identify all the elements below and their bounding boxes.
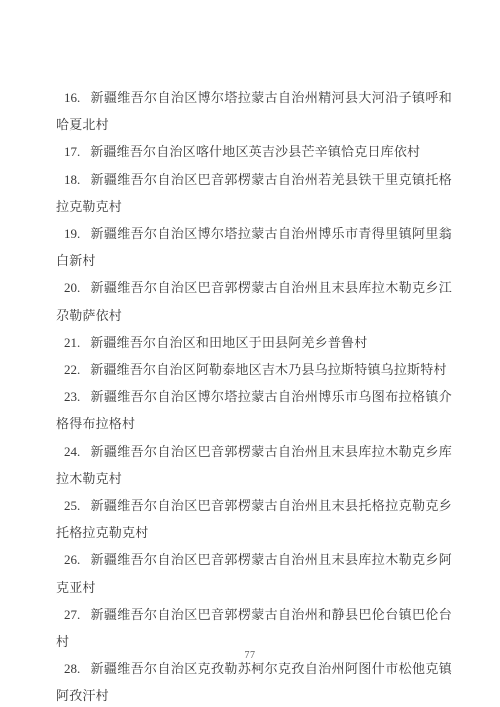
item-text: 新疆维吾尔自治区巴音郭楞蒙古自治州且末县库拉木勒克乡江尕勒萨依村 [56, 280, 452, 322]
item-text: 新疆维吾尔自治区喀什地区英吉沙县芒辛镇恰克日库依村 [90, 144, 420, 159]
item-text: 新疆维吾尔自治区博尔塔拉蒙古自治州博乐市乌图布拉格镇介格得布拉格村 [56, 389, 452, 431]
list-item: 18.新疆维吾尔自治区巴音郭楞蒙古自治州若羌县铁干里克镇托格拉克勒克村 [56, 166, 452, 220]
list-item: 27.新疆维吾尔自治区巴音郭楞蒙古自治州和静县巴伦台镇巴伦台村 [56, 601, 452, 655]
item-text: 新疆维吾尔自治区巴音郭楞蒙古自治州若羌县铁干里克镇托格拉克勒克村 [56, 172, 452, 214]
village-list: 16.新疆维吾尔自治区博尔塔拉蒙古自治州精河县大河沿子镇呼和哈夏北村 17.新疆… [56, 84, 452, 707]
list-item: 17.新疆维吾尔自治区喀什地区英吉沙县芒辛镇恰克日库依村 [56, 138, 452, 165]
item-text: 新疆维吾尔自治区巴音郭楞蒙古自治州且末县库拉木勒克乡库拉木勒克村 [56, 444, 452, 486]
item-number: 27. [64, 601, 80, 628]
list-item: 26.新疆维吾尔自治区巴音郭楞蒙古自治州且末县库拉木勒克乡阿克亚村 [56, 546, 452, 600]
item-number: 22. [64, 356, 80, 383]
list-item: 25.新疆维吾尔自治区巴音郭楞蒙古自治州且末县托格拉克勒克乡托格拉克勒克村 [56, 492, 452, 546]
list-item: 23.新疆维吾尔自治区博尔塔拉蒙古自治州博乐市乌图布拉格镇介格得布拉格村 [56, 383, 452, 437]
item-text: 新疆维吾尔自治区巴音郭楞蒙古自治州且末县库拉木勒克乡阿克亚村 [56, 552, 452, 594]
list-item: 20.新疆维吾尔自治区巴音郭楞蒙古自治州且末县库拉木勒克乡江尕勒萨依村 [56, 274, 452, 328]
list-item: 16.新疆维吾尔自治区博尔塔拉蒙古自治州精河县大河沿子镇呼和哈夏北村 [56, 84, 452, 138]
item-text: 新疆维吾尔自治区博尔塔拉蒙古自治州精河县大河沿子镇呼和哈夏北村 [56, 90, 452, 132]
item-number: 17. [64, 138, 80, 165]
item-text: 新疆维吾尔自治区博尔塔拉蒙古自治州博乐市青得里镇阿里翁白新村 [56, 226, 452, 268]
item-number: 21. [64, 329, 80, 356]
item-number: 25. [64, 492, 80, 519]
list-item: 22.新疆维吾尔自治区阿勒泰地区吉木乃县乌拉斯特镇乌拉斯特村 [56, 356, 452, 383]
item-number: 20. [64, 274, 80, 301]
document-page: 16.新疆维吾尔自治区博尔塔拉蒙古自治州精河县大河沿子镇呼和哈夏北村 17.新疆… [0, 0, 500, 707]
item-number: 19. [64, 220, 80, 247]
item-text: 新疆维吾尔自治区巴音郭楞蒙古自治州和静县巴伦台镇巴伦台村 [56, 607, 452, 649]
item-number: 26. [64, 546, 80, 573]
item-number: 16. [64, 84, 80, 111]
item-number: 23. [64, 383, 80, 410]
list-item: 28.新疆维吾尔自治区克孜勒苏柯尔克孜自治州阿图什市松他克镇阿孜汗村 [56, 655, 452, 707]
item-text: 新疆维吾尔自治区阿勒泰地区吉木乃县乌拉斯特镇乌拉斯特村 [90, 362, 446, 377]
list-item: 19.新疆维吾尔自治区博尔塔拉蒙古自治州博乐市青得里镇阿里翁白新村 [56, 220, 452, 274]
item-text: 新疆维吾尔自治区巴音郭楞蒙古自治州且末县托格拉克勒克乡托格拉克勒克村 [56, 498, 452, 540]
item-text: 新疆维吾尔自治区克孜勒苏柯尔克孜自治州阿图什市松他克镇阿孜汗村 [56, 661, 452, 703]
list-item: 24.新疆维吾尔自治区巴音郭楞蒙古自治州且末县库拉木勒克乡库拉木勒克村 [56, 438, 452, 492]
list-item: 21.新疆维吾尔自治区和田地区于田县阿羌乡普鲁村 [56, 329, 452, 356]
page-number: 77 [0, 650, 500, 661]
item-number: 24. [64, 438, 80, 465]
item-number: 18. [64, 166, 80, 193]
item-text: 新疆维吾尔自治区和田地区于田县阿羌乡普鲁村 [90, 335, 367, 350]
